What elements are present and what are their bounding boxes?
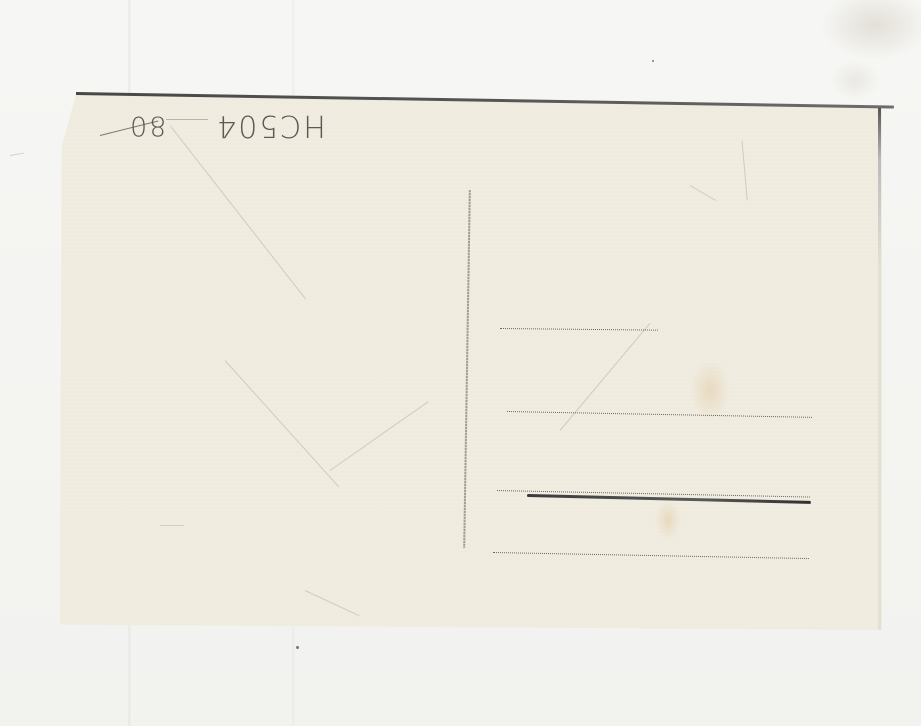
dust-speck — [652, 60, 654, 62]
paper-texture — [60, 93, 882, 630]
postcard — [60, 93, 882, 630]
scratch-mark — [160, 525, 184, 526]
handwritten-number: 80 — [128, 110, 166, 141]
background-smudge — [830, 60, 880, 100]
foxing-stain — [655, 500, 681, 540]
postcard-right-edge — [878, 108, 881, 630]
pencil-stroke — [166, 119, 208, 120]
handwritten-code: HC504 — [215, 108, 326, 143]
foxing-stain — [690, 360, 730, 420]
dust-speck — [296, 646, 299, 649]
